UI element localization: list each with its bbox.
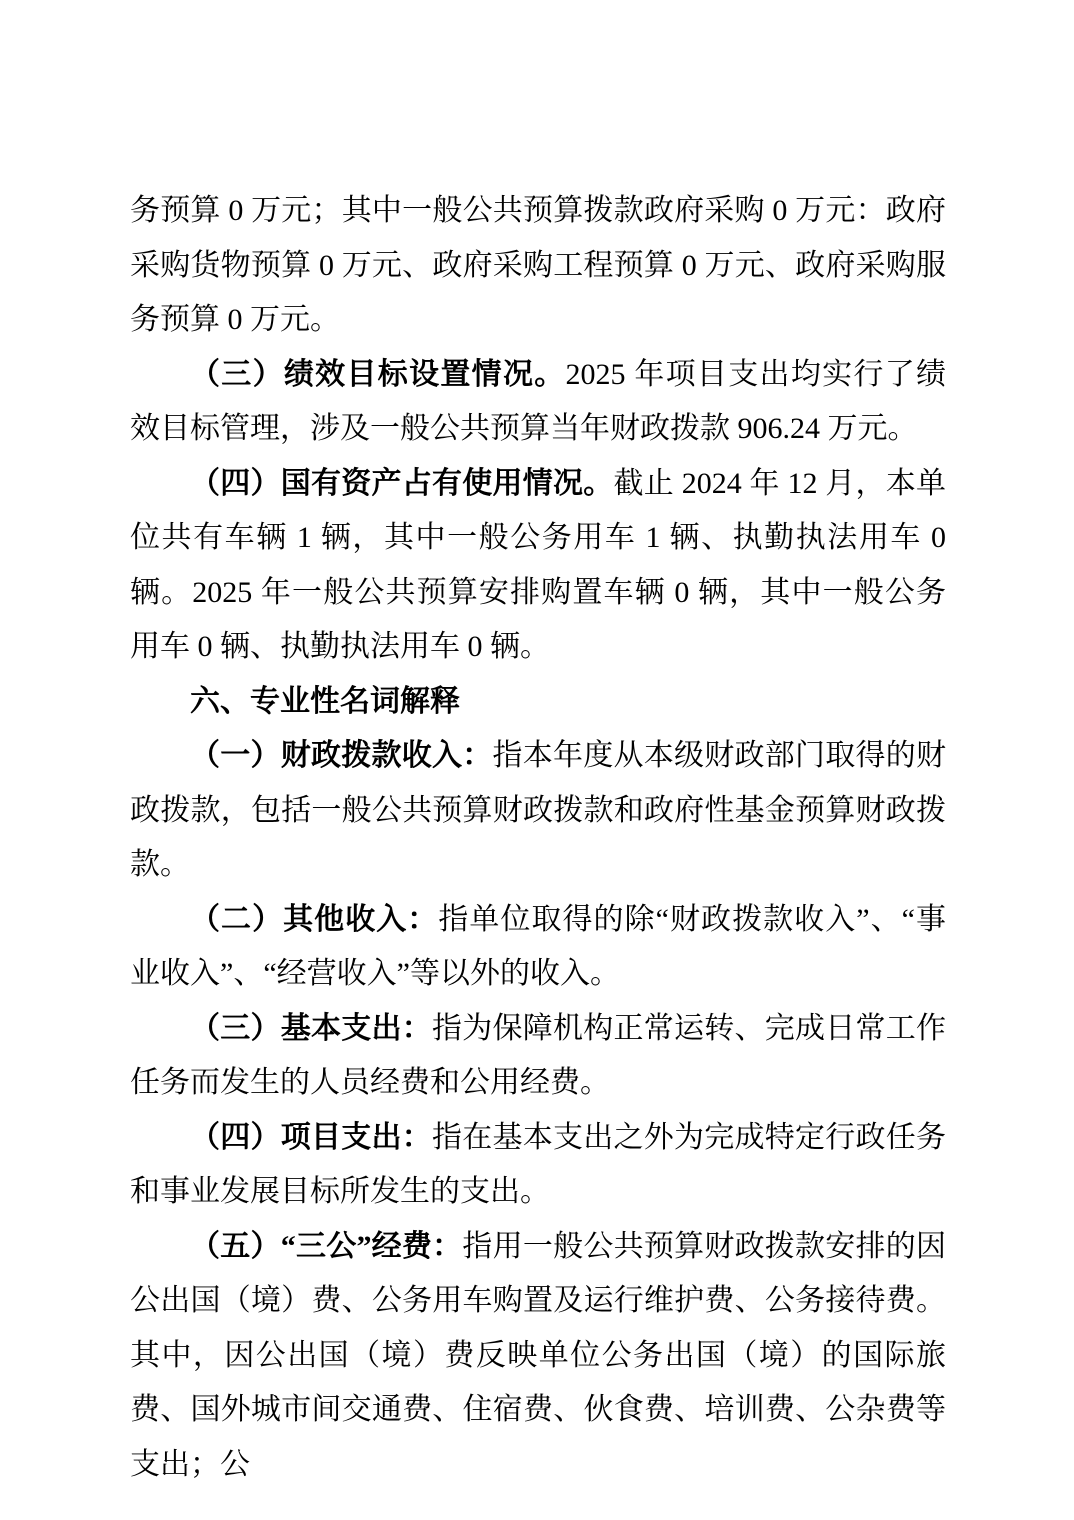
document-page: 务预算 0 万元；其中一般公共预算拨款政府采购 0 万元：政府采购货物预算 0 … [0,0,1074,1520]
paragraph-lead-label: （三）绩效目标设置情况。 [190,358,566,391]
term-definition-fiscal-appropriation-income: （一）财政拨款收入：指本年度从本级财政部门取得的财政拨款，包括一般公共预算财政拨… [130,729,946,893]
term-definition-other-income: （二）其他收入：指单位取得的除“财政拨款收入”、“事业收入”、“经营收入”等以外… [130,893,946,1002]
term-label: （二）其他收入： [190,903,438,936]
paragraph-state-assets: （四）国有资产占有使用情况。截止 2024 年 12 月，本单位共有车辆 1 辆… [130,457,946,675]
paragraph-procurement-continuation: 务预算 0 万元；其中一般公共预算拨款政府采购 0 万元：政府采购货物预算 0 … [130,184,946,348]
term-definition-basic-expenditure: （三）基本支出：指为保障机构正常运转、完成日常工作任务而发生的人员经费和公用经费… [130,1002,946,1111]
term-definition-project-expenditure: （四）项目支出：指在基本支出之外为完成特定行政任务和事业发展目标所发生的支出。 [130,1111,946,1220]
paragraph-lead-label: （四）国有资产占有使用情况。 [190,467,614,500]
term-label: （三）基本支出： [190,1012,432,1045]
section-heading-terminology: 六、专业性名词解释 [130,675,946,730]
term-definition-three-public-expenses: （五）“三公”经费：指用一般公共预算财政拨款安排的因公出国（境）费、公务用车购置… [130,1220,946,1493]
term-label: （五）“三公”经费： [190,1230,462,1263]
term-label: （一）财政拨款收入： [190,739,493,772]
term-label: （四）项目支出： [190,1121,432,1154]
paragraph-performance-targets: （三）绩效目标设置情况。2025 年项目支出均实行了绩效目标管理，涉及一般公共预… [130,348,946,457]
term-text: 指用一般公共预算财政拨款安排的因公出国（境）费、公务用车购置及运行维护费、公务接… [130,1230,946,1481]
paragraph-text: 务预算 0 万元；其中一般公共预算拨款政府采购 0 万元：政府采购货物预算 0 … [130,194,946,336]
